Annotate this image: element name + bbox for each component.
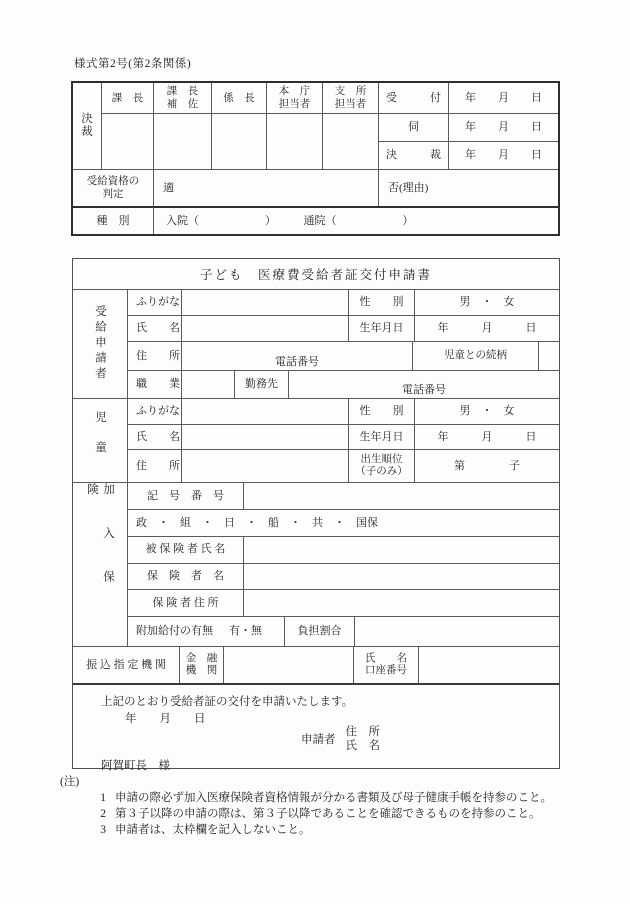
stamp-field-kacho[interactable] — [101, 113, 153, 169]
child-section: 児童 ふりがな 性 別 男 ・ 女 氏 名 生年月日 年 月 日 住 所 — [73, 399, 559, 483]
workplace-phone-field[interactable]: 電話番号 — [288, 371, 559, 398]
insurance-section: 加入保険 記 号 番 号 政 ・ 組 ・ 日 ・ 船 ・ 共 ・ 国保 被 保 … — [73, 483, 559, 647]
child-name-row: 氏 名 生年月日 年 月 日 — [128, 425, 559, 451]
insurance-symbol-label: 記 号 番 号 — [128, 483, 243, 509]
application-table: 子ども 医療費受給者証交付申請書 受給申請者 ふりがな 性 別 男 ・ 女 氏 … — [72, 258, 560, 769]
approver-header-kacho-hosa: 課 長補 佐 — [153, 83, 211, 113]
applicant-address-label: 住 所 — [128, 342, 181, 371]
applicant-dob-field[interactable]: 年 月 日 — [414, 316, 559, 341]
account-field[interactable] — [418, 647, 559, 683]
approver-header-honcho: 本 庁担当者 — [266, 83, 322, 113]
birth-order-label: 出生順位 （子のみ） — [348, 450, 414, 482]
applicant-address-sign-field[interactable]: 住 所 — [346, 725, 381, 739]
applicant-section-label: 受給申請者 — [73, 290, 128, 398]
insurance-symbol-field[interactable] — [243, 483, 559, 509]
child-furigana-field[interactable] — [181, 399, 348, 424]
applicant-name-row: 氏 名 生年月日 年 月 日 — [128, 316, 559, 342]
notes-block: (注) 1 申請の際必ず加入医療保険者資格情報が分かる書類及び母子健康手帳を持参… — [60, 774, 552, 838]
applicant-furigana-field[interactable] — [181, 290, 348, 315]
insurer-address-field[interactable] — [243, 590, 559, 616]
applicant-gender-choice[interactable]: 男 ・ 女 — [414, 290, 559, 315]
note-text: 申請の際必ず加入医療保険者資格情報が分かる書類及び母子健康手帳を持参のこと。 — [115, 790, 552, 806]
child-furigana-row: ふりがな 性 別 男 ・ 女 — [128, 399, 559, 425]
applicant-job-label: 職 業 — [128, 371, 181, 398]
child-address-row: 住 所 出生順位 （子のみ） 第 子 — [128, 450, 559, 482]
approver-header-kakaricho: 係 長 — [211, 83, 266, 113]
child-dob-label: 生年月日 — [348, 425, 414, 450]
declaration-applicant: 申請者 住 所 氏 名 — [301, 725, 380, 753]
approval-kessai-label: 決 裁 — [73, 83, 101, 169]
insured-name-label: 被 保 険 者 氏 名 — [128, 537, 243, 563]
note-number: 1 — [96, 790, 106, 806]
applicant-name-field[interactable] — [181, 316, 348, 341]
declaration-sentence: 上記のとおり受給者証の交付を申請いたします。 — [101, 693, 353, 709]
insurance-type-row: 政 ・ 組 ・ 日 ・ 船 ・ 共 ・ 国保 — [128, 510, 559, 537]
benefit-label: 附加給付の有無 — [136, 625, 213, 638]
applicant-section: 受給申請者 ふりがな 性 別 男 ・ 女 氏 名 生年月日 年 月 日 住 所 — [73, 290, 559, 399]
approver-header-shisho: 支 所担当者 — [322, 83, 378, 113]
birth-order-field[interactable]: 第 子 — [414, 450, 559, 482]
approver-header-kacho: 課 長 — [101, 83, 153, 113]
child-furigana-label: ふりがな — [128, 399, 181, 424]
child-address-label: 住 所 — [128, 450, 181, 482]
benefit-cell: 附加給付の有無 有・無 — [128, 617, 284, 646]
insured-name-field[interactable] — [243, 537, 559, 563]
insurer-address-row: 保 険 者 住 所 — [128, 590, 559, 617]
applicant-job-field[interactable] — [181, 371, 234, 398]
child-address-field[interactable] — [181, 450, 348, 482]
stamp-field-kacho-hosa[interactable] — [153, 113, 211, 169]
account-label: 氏 名 口座番号 — [353, 647, 418, 683]
benefit-row: 附加給付の有無 有・無 負担割合 — [128, 617, 559, 646]
note-item-3: 3 申請者は、太枠欄を記入しないこと。 — [96, 822, 552, 838]
document-page: 様式第2号(第2条関係) 決 裁 課 長 課 長補 佐 係 長 本 庁担当者 支… — [0, 0, 630, 903]
child-dob-field[interactable]: 年 月 日 — [414, 425, 559, 450]
child-gender-label: 性 別 — [348, 399, 414, 424]
applicant-furigana-label: ふりがな — [128, 290, 181, 315]
inquiry-date-field[interactable]: 年 月 日 — [448, 113, 558, 141]
note-number: 3 — [96, 822, 106, 838]
stamp-field-kakaricho[interactable] — [211, 113, 266, 169]
category-choice-field[interactable]: 入院（ ） 通院（ ） — [153, 206, 558, 234]
stamp-field-honcho[interactable] — [266, 113, 322, 169]
insurance-symbol-row: 記 号 番 号 — [128, 483, 559, 510]
insurer-name-field[interactable] — [243, 564, 559, 590]
child-name-label: 氏 名 — [128, 425, 181, 450]
insurer-name-label: 保 険 者 名 — [128, 564, 243, 590]
judgement-pass-field[interactable]: 適 — [153, 169, 378, 206]
approval-table: 決 裁 課 長 課 長補 佐 係 長 本 庁担当者 支 所担当者 受 付 年 月… — [71, 81, 560, 236]
applicant-label: 申請者 — [301, 731, 336, 747]
judgement-label: 受給資格の判定 — [73, 169, 153, 206]
declaration-date-field[interactable]: 年 月 日 — [125, 710, 206, 726]
relation-field[interactable] — [538, 342, 559, 371]
transfer-label: 振 込 指 定 機 関 — [73, 647, 179, 683]
kessai-char-top: 決 — [81, 113, 93, 126]
applicant-dob-label: 生年月日 — [348, 316, 414, 341]
note-text: 申請者は、太枠欄を記入しないこと。 — [115, 822, 311, 838]
category-label: 種 別 — [73, 206, 153, 234]
form-number: 様式第2号(第2条関係) — [74, 55, 191, 71]
child-gender-choice[interactable]: 男 ・ 女 — [414, 399, 559, 424]
applicant-name-label: 氏 名 — [128, 316, 181, 341]
kessai-char-bottom: 裁 — [81, 126, 93, 139]
decision-label: 決 裁 — [378, 141, 448, 169]
form-title: 子ども 医療費受給者証交付申請書 — [73, 259, 559, 290]
applicant-address-row: 住 所 電話番号 児童との続柄 — [128, 342, 559, 372]
transfer-row: 振 込 指 定 機 関 金 融 機 関 氏 名 口座番号 — [73, 647, 559, 685]
relation-label: 児童との続柄 — [412, 342, 538, 371]
notes-mark: (注) — [60, 774, 552, 790]
workplace-phone-label: 電話番号 — [402, 384, 446, 397]
burden-ratio-label: 負担割合 — [284, 617, 354, 646]
reception-date-field[interactable]: 年 月 日 — [448, 83, 558, 113]
applicant-gender-label: 性 別 — [348, 290, 414, 315]
inquiry-label: 伺 — [378, 113, 448, 141]
applicant-job-row: 職 業 勤務先 電話番号 — [128, 371, 559, 398]
addressee: 阿賀町長 様 — [101, 757, 170, 773]
insurer-address-label: 保 険 者 住 所 — [128, 590, 243, 616]
benefit-choice[interactable]: 有・無 — [229, 625, 262, 638]
insured-name-row: 被 保 険 者 氏 名 — [128, 537, 559, 564]
reception-label: 受 付 — [378, 83, 448, 113]
child-name-field[interactable] — [181, 425, 348, 450]
applicant-address-phone-field[interactable]: 電話番号 — [181, 342, 412, 371]
bank-field[interactable] — [223, 647, 353, 683]
bank-label: 金 融 機 関 — [179, 647, 223, 683]
insurer-name-row: 保 険 者 名 — [128, 564, 559, 591]
applicant-name-sign-field[interactable]: 氏 名 — [346, 739, 381, 753]
note-item-2: 2 第３子以降の申請の際は、第３子以降であることを確認できるものを持参のこと。 — [96, 806, 552, 822]
child-section-label: 児童 — [73, 399, 128, 482]
insurance-section-label: 加入保険 — [73, 483, 128, 646]
insurance-type-choice[interactable]: 政 ・ 組 ・ 日 ・ 船 ・ 共 ・ 国保 — [128, 510, 559, 536]
stamp-field-shisho[interactable] — [322, 113, 378, 169]
workplace-label: 勤務先 — [234, 371, 288, 398]
burden-ratio-field[interactable] — [354, 617, 559, 646]
note-text: 第３子以降の申請の際は、第３子以降であることを確認できるものを持参のこと。 — [115, 806, 541, 822]
declaration-block: 上記のとおり受給者証の交付を申請いたします。 年 月 日 申請者 住 所 氏 名… — [73, 685, 559, 768]
judgement-fail-field[interactable]: 否(理由) — [378, 169, 558, 206]
decision-date-field[interactable]: 年 月 日 — [448, 141, 558, 169]
note-item-1: 1 申請の際必ず加入医療保険者資格情報が分かる書類及び母子健康手帳を持参のこと。 — [96, 790, 552, 806]
applicant-phone-label: 電話番号 — [275, 356, 319, 369]
note-number: 2 — [96, 806, 106, 822]
applicant-furigana-row: ふりがな 性 別 男 ・ 女 — [128, 290, 559, 316]
